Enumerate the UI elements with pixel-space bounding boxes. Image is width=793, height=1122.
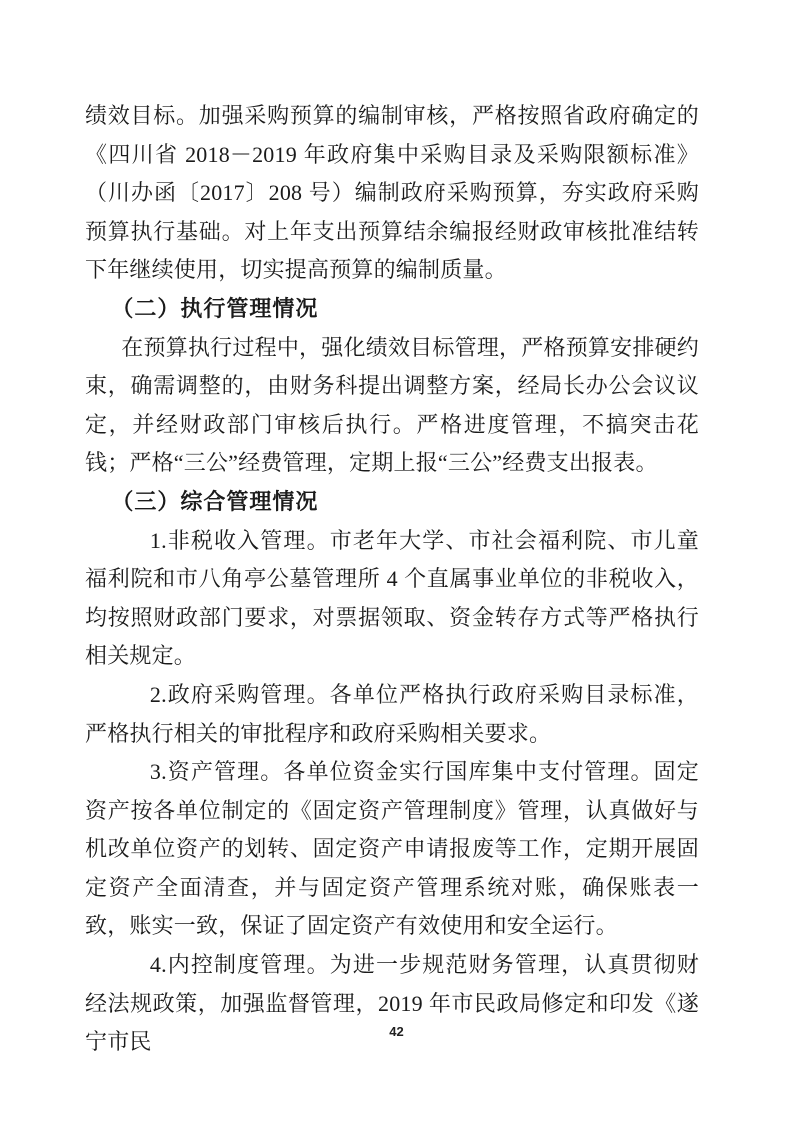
paragraph-nontax-revenue-management: 1.非税收入管理。市老年大学、市社会福利院、市儿童福利院和市八角亭公墓管理所 4… [85, 522, 699, 676]
paragraph-internal-control-management: 4.内控制度管理。为进一步规范财务管理，认真贯彻财经法规政策，加强监督管理，20… [85, 946, 699, 1062]
document-body: 绩效目标。加强采购预算的编制审核，严格按照省政府确定的《四川省 2018－201… [85, 97, 699, 1062]
page-number: 42 [0, 1024, 793, 1039]
heading-execution-management: （二）执行管理情况 [85, 290, 699, 329]
document-page: 绩效目标。加强采购预算的编制审核，严格按照省政府确定的《四川省 2018－201… [0, 0, 793, 1122]
paragraph-asset-management: 3.资产管理。各单位资金实行国库集中支付管理。固定资产按各单位制定的《固定资产管… [85, 753, 699, 946]
paragraph-government-procurement-management: 2.政府采购管理。各单位严格执行政府采购目录标准，严格执行相关的审批程序和政府采… [85, 676, 699, 753]
paragraph-budget-compilation-continued: 绩效目标。加强采购预算的编制审核，严格按照省政府确定的《四川省 2018－201… [85, 97, 699, 290]
paragraph-execution-management: 在预算执行过程中，强化绩效目标管理，严格预算安排硬约束，确需调整的，由财务科提出… [85, 329, 699, 483]
heading-comprehensive-management: （三）综合管理情况 [85, 483, 699, 522]
